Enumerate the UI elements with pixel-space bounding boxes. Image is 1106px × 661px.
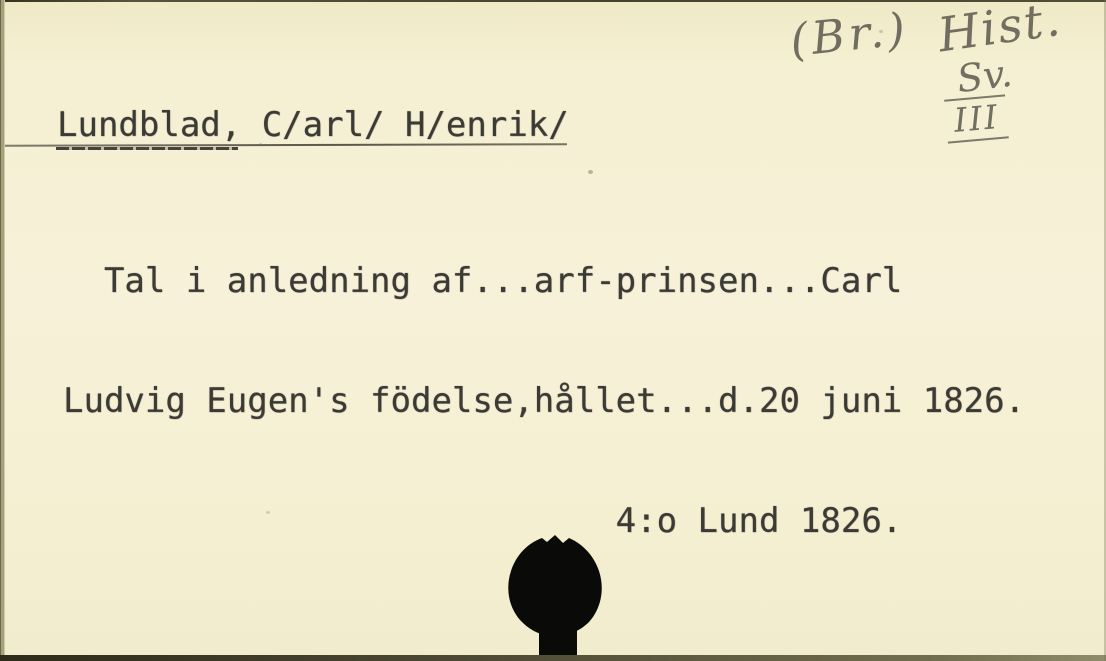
heading-forenames: , C/arl/ H/enrik/	[221, 105, 569, 145]
scan-edge-bottom	[0, 655, 1106, 661]
pencil-volume-numeral: III	[944, 94, 1009, 143]
paper-speck	[266, 511, 270, 514]
scan-edge-top	[0, 0, 1106, 2]
scan-edge-left	[0, 0, 5, 661]
pencil-language: Sv.	[955, 51, 1015, 101]
paper-speck	[588, 170, 593, 174]
punch-hole	[498, 529, 622, 661]
paper-speck	[259, 143, 262, 146]
pencil-classification: (Br.)	[788, 2, 912, 67]
paper-speck	[879, 30, 883, 33]
card-heading: Lundblad, C/arl/ H/enrik/	[57, 105, 569, 145]
body-line-imprint: Ludvig Eugen's födelse,hållet...d.20 jun…	[63, 381, 1025, 421]
catalog-card-scan: Lundblad, C/arl/ H/enrik/ Tal i anlednin…	[0, 0, 1106, 661]
heading-surname: Lundblad	[57, 105, 221, 145]
body-line-title: Tal i anledning af...arf-prinsen...Carl	[63, 261, 1025, 301]
typed-underscore	[56, 147, 238, 150]
